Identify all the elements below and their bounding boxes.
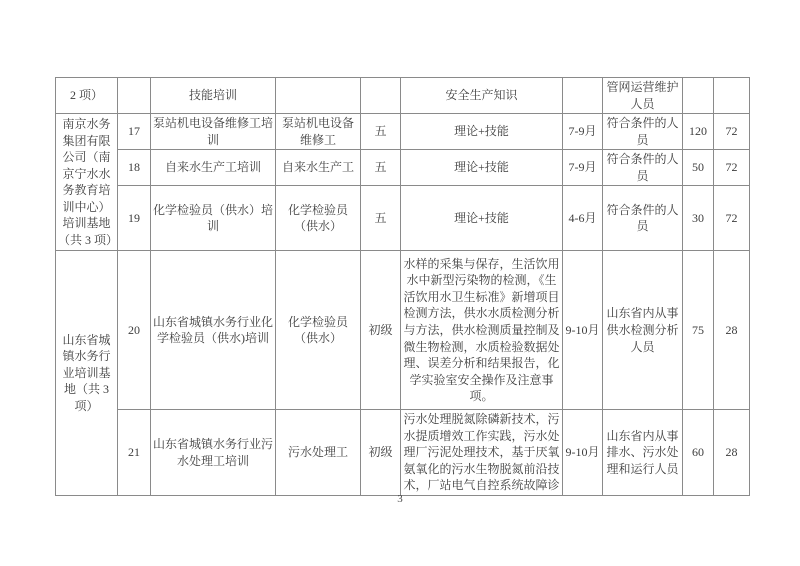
target-cell: 山东省内从事排水、污水处理和运行人员 [603,410,683,496]
training-schedule-table: 2 项） 技能培训 安全生产知识 管网运营维护人员 南京水务集团有限公司（南京宁… [55,77,750,496]
training-name-cell: 山东省城镇水务行业化学检验员（供水)培训 [151,251,276,410]
org-cell-tail: 2 项） [56,78,118,114]
hours-cell: 28 [714,410,750,496]
hours-cell: 72 [714,114,750,150]
training-name-cell: 技能培训 [151,78,276,114]
content-cell: 污水处理脱氮除磷新技术，污水提质增效工作实践，污水处理厂污泥处理技术，基于厌氧氨… [401,410,563,496]
table-row-20: 山东省城镇水务行业培训基地（共 3 项） 20 山东省城镇水务行业化学检验员（供… [56,251,750,410]
hours-cell: 72 [714,150,750,186]
time-cell: 7-9月 [563,150,603,186]
count-cell: 75 [683,251,714,410]
org-cell-nanjing: 南京水务集团有限公司（南京宁水水务教育培训中心）培训基地（共 3 项） [56,114,118,251]
row-number-cell [118,78,151,114]
job-title-cell: 自来水生产工 [276,150,361,186]
content-cell: 水样的采集与保存，生活饮用水中新型污染物的检测，《生活饮用水卫生标准》新增项目检… [401,251,563,410]
content-cell: 理论+技能 [401,114,563,150]
row-number-cell: 17 [118,114,151,150]
training-name-cell: 自来水生产工培训 [151,150,276,186]
target-cell: 山东省内从事供水检测分析人员 [603,251,683,410]
content-cell: 安全生产知识 [401,78,563,114]
count-cell: 30 [683,186,714,251]
training-name-cell: 化学检验员（供水）培训 [151,186,276,251]
org-cell-shandong: 山东省城镇水务行业培训基地（共 3 项） [56,251,118,496]
job-title-cell [276,78,361,114]
job-title-cell: 化学检验员（供水） [276,251,361,410]
target-cell: 符合条件的人员 [603,150,683,186]
count-cell [683,78,714,114]
job-title-cell: 污水处理工 [276,410,361,496]
level-cell: 五 [361,150,401,186]
level-cell: 五 [361,114,401,150]
row-number-cell: 19 [118,186,151,251]
time-cell: 7-9月 [563,114,603,150]
job-title-cell: 泵站机电设备维修工 [276,114,361,150]
level-cell: 初级 [361,251,401,410]
row-number-cell: 21 [118,410,151,496]
row-number-cell: 20 [118,251,151,410]
time-cell [563,78,603,114]
target-cell: 管网运营维护人员 [603,78,683,114]
target-cell: 符合条件的人员 [603,186,683,251]
table-row-carryover: 2 项） 技能培训 安全生产知识 管网运营维护人员 [56,78,750,114]
content-cell: 理论+技能 [401,186,563,251]
count-cell: 50 [683,150,714,186]
table-row-18: 18 自来水生产工培训 自来水生产工 五 理论+技能 7-9月 符合条件的人员 … [56,150,750,186]
time-cell: 4-6月 [563,186,603,251]
table-row-19: 19 化学检验员（供水）培训 化学检验员（供水） 五 理论+技能 4-6月 符合… [56,186,750,251]
training-name-cell: 山东省城镇水务行业污水处理工培训 [151,410,276,496]
page-number: 3 [0,493,800,505]
table-row-21: 21 山东省城镇水务行业污水处理工培训 污水处理工 初级 污水处理脱氮除磷新技术… [56,410,750,496]
level-cell: 五 [361,186,401,251]
training-name-cell: 泵站机电设备维修工培训 [151,114,276,150]
time-cell: 9-10月 [563,410,603,496]
count-cell: 120 [683,114,714,150]
content-cell: 理论+技能 [401,150,563,186]
count-cell: 60 [683,410,714,496]
hours-cell [714,78,750,114]
document-page: 2 项） 技能培训 安全生产知识 管网运营维护人员 南京水务集团有限公司（南京宁… [0,0,800,566]
row-number-cell: 18 [118,150,151,186]
hours-cell: 72 [714,186,750,251]
table-row-17: 南京水务集团有限公司（南京宁水水务教育培训中心）培训基地（共 3 项） 17 泵… [56,114,750,150]
hours-cell: 28 [714,251,750,410]
time-cell: 9-10月 [563,251,603,410]
level-cell [361,78,401,114]
target-cell: 符合条件的人员 [603,114,683,150]
job-title-cell: 化学检验员（供水） [276,186,361,251]
level-cell: 初级 [361,410,401,496]
